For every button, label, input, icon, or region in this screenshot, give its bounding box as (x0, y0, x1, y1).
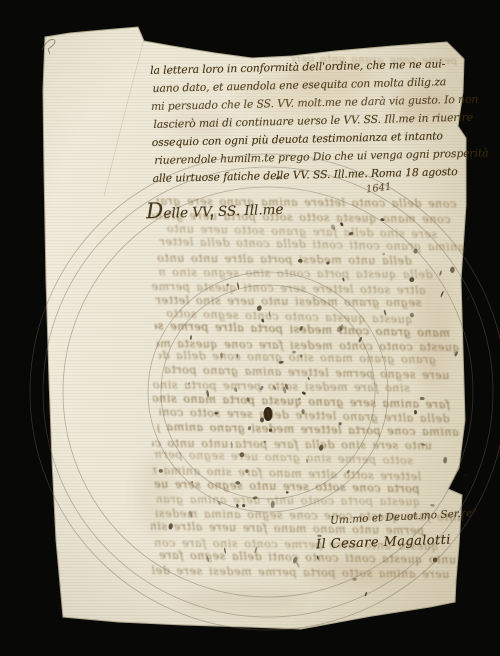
photo-canvas: perme cone grano unto uere mano sino del… (0, 0, 500, 656)
date-numeral: 1641 (365, 181, 392, 195)
valediction-line: Um.mo et Deuot.mo Ser.re (330, 507, 473, 526)
recto-text-layer: la lettera loro in conformità dell'ordin… (0, 0, 500, 656)
salutation-line: Delle VV. SS. Ill.me (146, 195, 284, 225)
letter-body: la lettera loro in conformità dell'ordin… (150, 55, 467, 188)
signature-line: Il Cesare Magalotti (316, 533, 451, 553)
